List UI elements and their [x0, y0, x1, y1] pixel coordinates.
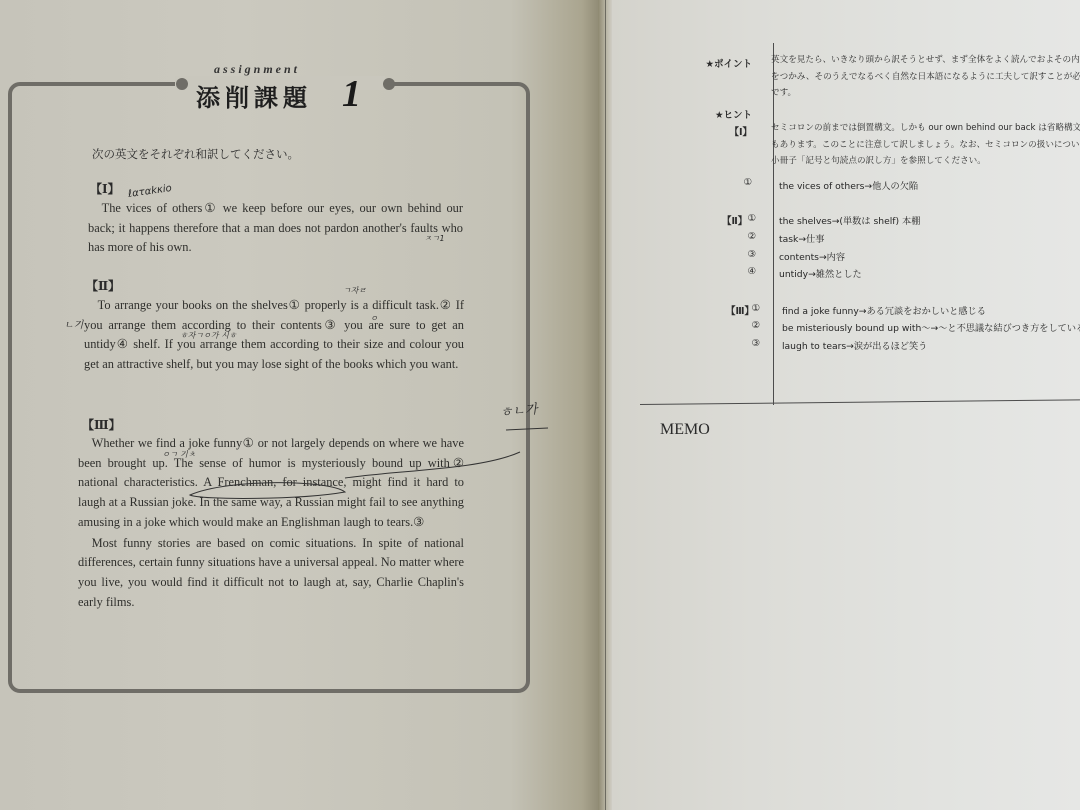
point-text: 英文を見たら、いきなり頭から訳そうとせず、まず全体をよく読んでおよその内容 をつ… [771, 52, 1080, 102]
handwritten-strokes [0, 0, 600, 810]
hint-item: task→仕事 [779, 231, 824, 245]
hint-mark: ① [738, 177, 752, 188]
hint-line: セミコロンの前までは倒置構文。しかも our own behind our ba… [771, 120, 1080, 137]
hint-mark: ② [742, 231, 756, 242]
point-line: です。 [771, 85, 1080, 102]
hint-1-text: セミコロンの前までは倒置構文。しかも our own behind our ba… [771, 120, 1080, 170]
hint-item: find a joke funny→ある冗談をおかしいと感じる [782, 303, 986, 317]
hint-item: be misteriously bound up with〜→〜と不思議な結びつ… [782, 320, 1080, 334]
hint-mark: ① [742, 213, 756, 224]
hint-item: contents→内容 [779, 249, 845, 263]
point-line: をつかみ、そのうえでなるべく自然な日本語になるように工夫して訳すことが必要 [771, 69, 1080, 86]
hint-item: the vices of others→他人の欠陥 [779, 178, 918, 192]
hint-line: もあります。このことに注意して訳しましょう。なお、セミコロンの扱いについては [771, 137, 1080, 154]
hint-group-2-label: 【Ⅱ】 [722, 213, 740, 227]
point-line: 英文を見たら、いきなり頭から訳そうとせず、まず全体をよく読んでおよその内容 [771, 52, 1080, 69]
hint-mark: ④ [742, 266, 756, 277]
hint-item: laugh to tears→涙が出るほど笑う [782, 338, 927, 352]
gutter-divider [605, 0, 606, 810]
hint-1-label: 【Ⅰ】 [722, 124, 752, 138]
memo-label: MEMO [660, 421, 710, 439]
hint-mark: ② [746, 320, 760, 331]
hint-mark: ③ [746, 338, 760, 349]
hint-line: 小冊子「記号と句読点の訳し方」を参照してください。 [771, 153, 1080, 170]
hint-item: the shelves→(単数は shelf) 本棚 [779, 213, 920, 227]
hint-label: ★ヒント [700, 107, 752, 121]
hint-mark: ① [746, 303, 760, 314]
hint-group-3-label: 【Ⅲ】 [726, 303, 744, 317]
hint-mark: ③ [742, 249, 756, 260]
point-label: ★ポイント [700, 56, 752, 70]
hint-item: untidy→雑然とした [779, 266, 862, 280]
